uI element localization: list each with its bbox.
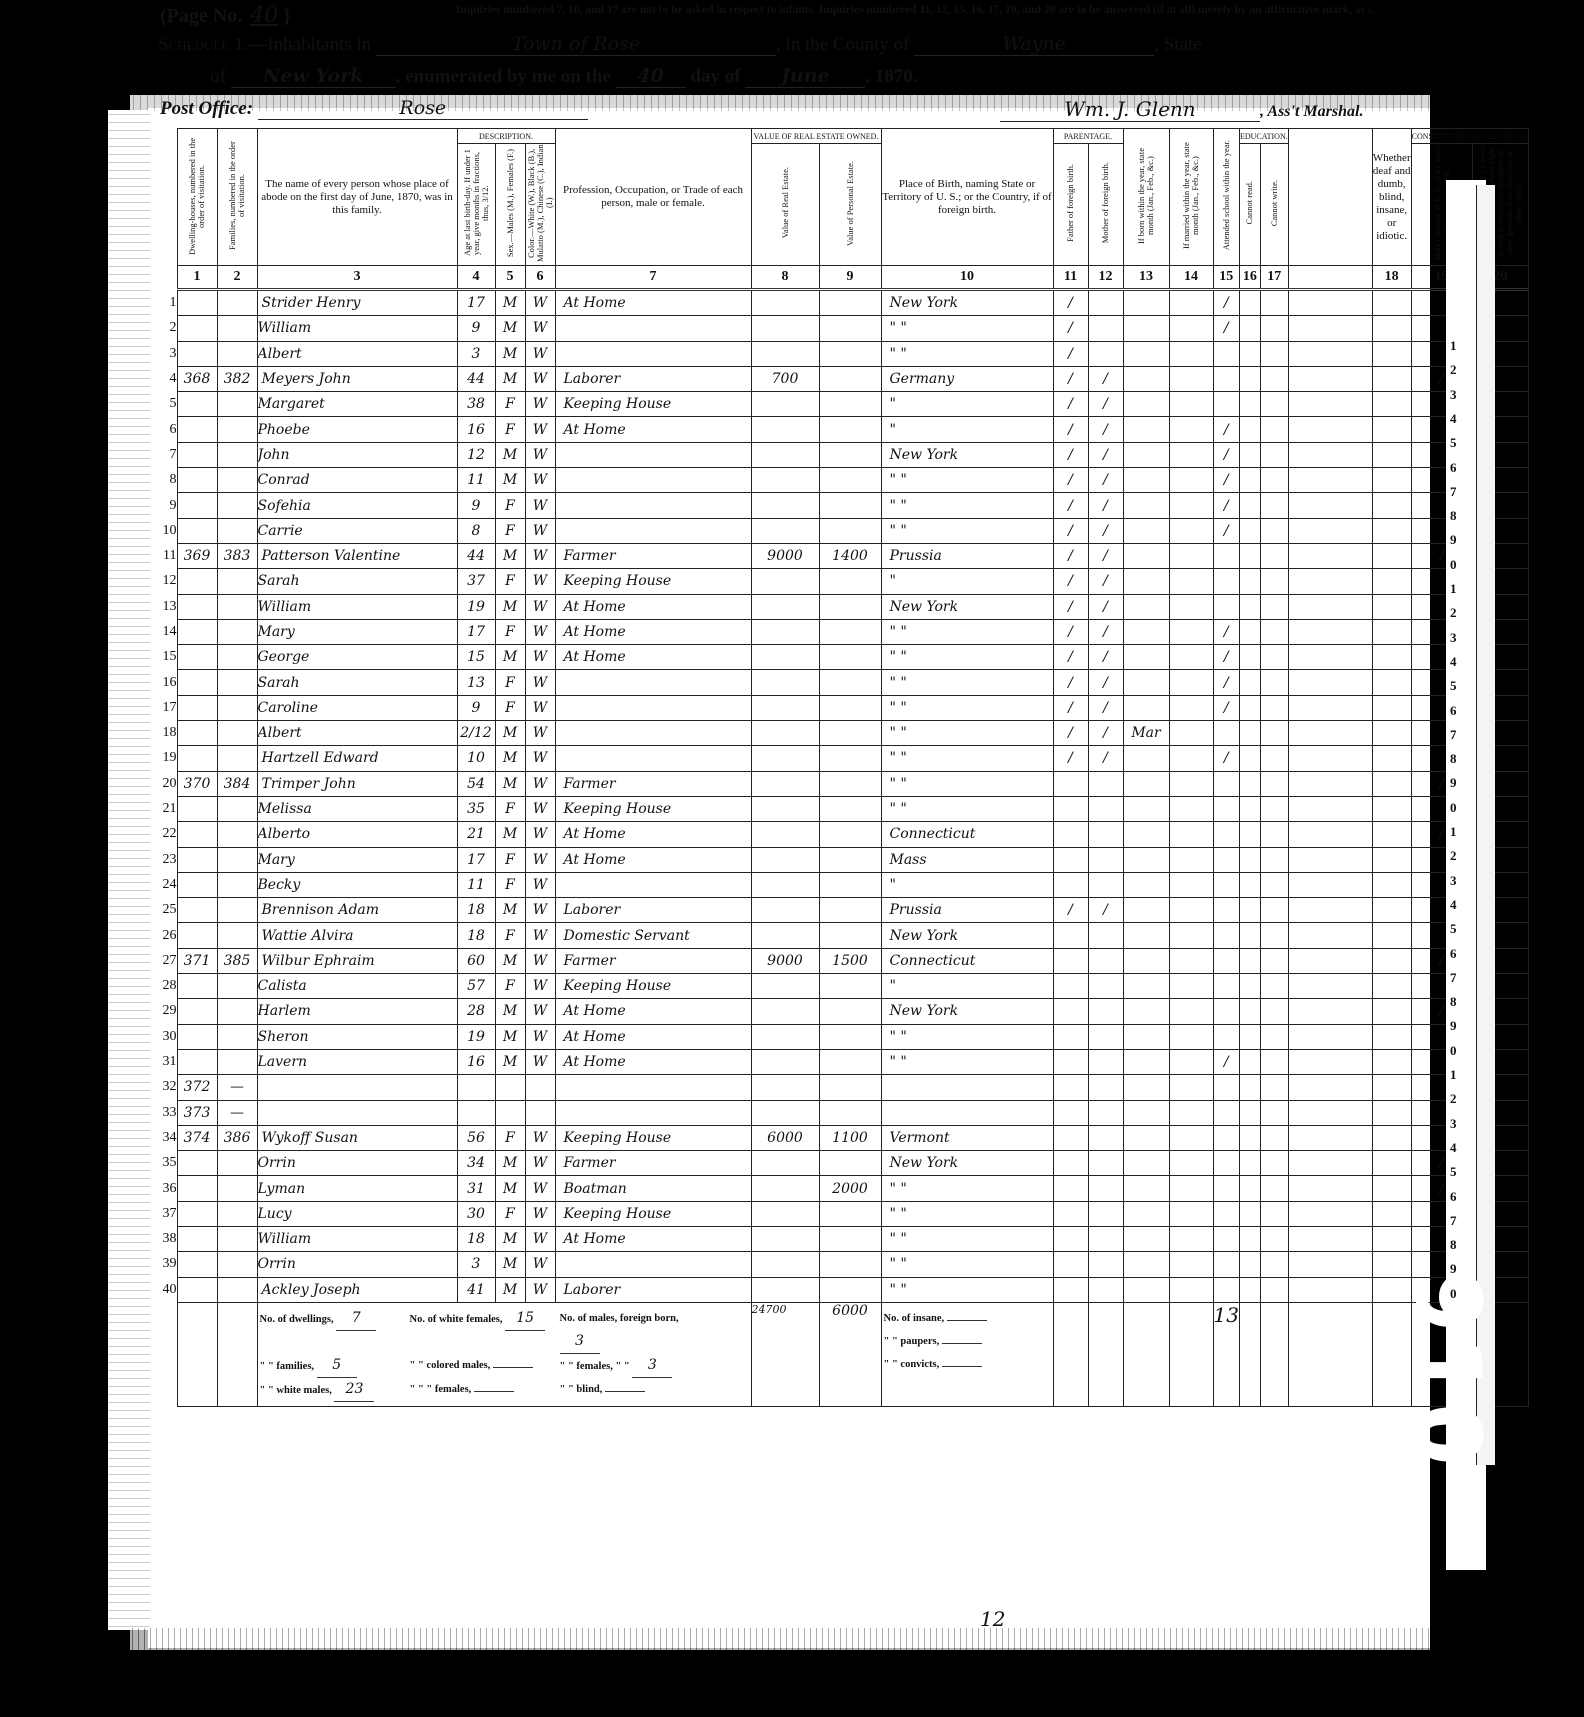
sex: F xyxy=(495,923,525,948)
personal-estate-value xyxy=(819,670,881,695)
next-page-line-number: 4 xyxy=(1450,897,1457,913)
person-name: Sheron xyxy=(257,1024,457,1049)
birthplace: " " xyxy=(881,1201,1053,1226)
color: W xyxy=(525,290,555,316)
father-foreign-mark xyxy=(1053,999,1088,1024)
cannot-write-mark xyxy=(1260,695,1288,720)
census-rows: 1Strider Henry17MWAt HomeNew York//2Will… xyxy=(155,290,1529,1303)
disability xyxy=(1372,341,1411,366)
person-name: Wattie Alvira xyxy=(257,923,457,948)
father-foreign-mark xyxy=(1053,1176,1088,1201)
col-header-mother-foreign: Mother of foreign birth. xyxy=(1088,144,1123,266)
cannot-read-mark xyxy=(1239,1226,1260,1251)
line-number: 26 xyxy=(155,923,177,948)
cannot-read-mark xyxy=(1239,417,1260,442)
col-header-cannot-write: Cannot write. xyxy=(1260,144,1288,266)
age: 54 xyxy=(457,771,495,796)
color: W xyxy=(525,645,555,670)
age: 34 xyxy=(457,1151,495,1176)
person-name: Margaret xyxy=(257,392,457,417)
next-page-line-number: 0 xyxy=(1450,1043,1457,1059)
cannot-write-mark xyxy=(1260,316,1288,341)
mother-foreign-mark xyxy=(1088,1176,1123,1201)
father-foreign-mark xyxy=(1053,771,1088,796)
table-row: 33373— xyxy=(155,1100,1529,1125)
cannot-read-mark xyxy=(1239,468,1260,493)
table-row: 21Melissa35FWKeeping House" " xyxy=(155,796,1529,821)
father-foreign-mark: / xyxy=(1053,569,1088,594)
school-mark: / xyxy=(1213,695,1239,720)
person-name: Brennison Adam xyxy=(257,898,457,923)
line-number: 7 xyxy=(155,442,177,467)
sex: F xyxy=(495,1125,525,1150)
next-page-line-number: 8 xyxy=(1450,508,1457,524)
cannot-read-mark xyxy=(1239,1125,1260,1150)
birthplace: " xyxy=(881,417,1053,442)
person-name: Trimper John xyxy=(257,771,457,796)
father-foreign-mark xyxy=(1053,847,1088,872)
enumerated-label: , enumerated by me on the xyxy=(396,66,611,87)
dwelling-number xyxy=(177,1201,217,1226)
occupation: At Home xyxy=(555,822,751,847)
table-row: 39Orrin3MW" " xyxy=(155,1252,1529,1277)
table-row: 17Caroline9FW" "/// xyxy=(155,695,1529,720)
school-mark xyxy=(1213,923,1239,948)
sex: M xyxy=(495,1252,525,1277)
family-number xyxy=(217,645,257,670)
next-page-line-number: 2 xyxy=(1450,362,1457,378)
cannot-read-mark xyxy=(1239,1151,1260,1176)
mother-foreign-mark xyxy=(1088,1049,1123,1074)
person-name: William xyxy=(257,316,457,341)
line-number: 19 xyxy=(155,746,177,771)
dwelling-number xyxy=(177,468,217,493)
married-month xyxy=(1169,1277,1213,1302)
family-number xyxy=(217,999,257,1024)
birthplace: " " xyxy=(881,316,1053,341)
married-month xyxy=(1169,1024,1213,1049)
birthplace: New York xyxy=(881,594,1053,619)
occupation: Laborer xyxy=(555,1277,751,1302)
age: 3 xyxy=(457,341,495,366)
cannot-write-mark xyxy=(1260,366,1288,391)
cannot-write-mark xyxy=(1260,771,1288,796)
line-number: 5 xyxy=(155,392,177,417)
person-name xyxy=(257,1075,457,1100)
cannot-read-mark xyxy=(1239,1075,1260,1100)
sex: F xyxy=(495,1201,525,1226)
real-estate-value xyxy=(751,594,819,619)
table-row: 7John12MWNew York/// xyxy=(155,442,1529,467)
family-number xyxy=(217,695,257,720)
sex: F xyxy=(495,872,525,897)
family-number xyxy=(217,493,257,518)
born-month xyxy=(1123,518,1169,543)
person-name: Sofehia xyxy=(257,493,457,518)
family-number xyxy=(217,518,257,543)
color: W xyxy=(525,468,555,493)
born-month xyxy=(1123,619,1169,644)
mother-foreign-mark xyxy=(1088,822,1123,847)
next-page-line-number: 4 xyxy=(1450,411,1457,427)
family-number xyxy=(217,898,257,923)
married-month xyxy=(1169,923,1213,948)
family-number: — xyxy=(217,1075,257,1100)
father-foreign-mark: / xyxy=(1053,543,1088,568)
mother-foreign-mark xyxy=(1088,1151,1123,1176)
mother-foreign-mark: / xyxy=(1088,594,1123,619)
disability xyxy=(1372,518,1411,543)
family-number xyxy=(217,417,257,442)
personal-estate-value xyxy=(819,822,881,847)
married-month xyxy=(1169,619,1213,644)
cannot-read-mark xyxy=(1239,1024,1260,1049)
birthplace: " xyxy=(881,392,1053,417)
person-name: Phoebe xyxy=(257,417,457,442)
age: 31 xyxy=(457,1176,495,1201)
state-field: New York xyxy=(231,65,396,88)
next-page-line-number: 1 xyxy=(1450,581,1457,597)
born-month xyxy=(1123,771,1169,796)
dwelling-number xyxy=(177,695,217,720)
mother-foreign-mark xyxy=(1088,948,1123,973)
scan-edge-left xyxy=(108,110,150,1630)
disability xyxy=(1372,847,1411,872)
color: W xyxy=(525,721,555,746)
post-office-line: Post Office: Rose xyxy=(160,97,588,120)
table-row: 37Lucy30FWKeeping House" " xyxy=(155,1201,1529,1226)
sex: M xyxy=(495,721,525,746)
person-name: William xyxy=(257,1226,457,1251)
next-page-line-number: 6 xyxy=(1450,1189,1457,1205)
real-estate-value xyxy=(751,670,819,695)
post-office-field: Rose xyxy=(258,97,588,120)
cannot-write-mark xyxy=(1260,1226,1288,1251)
father-foreign-mark xyxy=(1053,1049,1088,1074)
sex: M xyxy=(495,290,525,316)
age: 12 xyxy=(457,442,495,467)
married-month xyxy=(1169,1075,1213,1100)
mother-foreign-mark xyxy=(1088,1075,1123,1100)
col-header-school: Attended school within the year. xyxy=(1213,129,1239,266)
family-number xyxy=(217,822,257,847)
father-foreign-mark: / xyxy=(1053,493,1088,518)
color: W xyxy=(525,366,555,391)
birthplace: Mass xyxy=(881,847,1053,872)
real-estate-total: 24700 xyxy=(751,1302,819,1406)
age: 3 xyxy=(457,1252,495,1277)
sex: F xyxy=(495,847,525,872)
family-number xyxy=(217,316,257,341)
birthplace: " " xyxy=(881,1226,1053,1251)
color: W xyxy=(525,999,555,1024)
table-row: 2William9MW" "// xyxy=(155,316,1529,341)
mother-foreign-mark: / xyxy=(1088,746,1123,771)
birthplace: New York xyxy=(881,290,1053,316)
real-estate-value xyxy=(751,1151,819,1176)
line-number: 17 xyxy=(155,695,177,720)
disability xyxy=(1372,872,1411,897)
disability xyxy=(1372,695,1411,720)
table-row: 32372— xyxy=(155,1075,1529,1100)
line-number: 14 xyxy=(155,619,177,644)
personal-estate-value xyxy=(819,493,881,518)
mother-foreign-mark: / xyxy=(1088,695,1123,720)
family-number xyxy=(217,468,257,493)
personal-estate-value xyxy=(819,695,881,720)
born-month xyxy=(1123,366,1169,391)
family-number xyxy=(217,619,257,644)
personal-estate-value xyxy=(819,746,881,771)
group-constitutional: CONSTITUTIONAL RELATIONS. xyxy=(1411,129,1529,144)
personal-estate-value xyxy=(819,1226,881,1251)
married-month xyxy=(1169,594,1213,619)
cannot-write-mark xyxy=(1260,341,1288,366)
age: 11 xyxy=(457,872,495,897)
born-month xyxy=(1123,645,1169,670)
disability xyxy=(1372,1201,1411,1226)
school-mark xyxy=(1213,392,1239,417)
real-estate-value xyxy=(751,1024,819,1049)
occupation: Domestic Servant xyxy=(555,923,751,948)
born-month xyxy=(1123,695,1169,720)
dwelling-number xyxy=(177,746,217,771)
father-foreign-mark xyxy=(1053,1125,1088,1150)
occupation: Laborer xyxy=(555,898,751,923)
cannot-read-mark xyxy=(1239,366,1260,391)
cannot-write-mark xyxy=(1260,721,1288,746)
cannot-read-mark xyxy=(1239,822,1260,847)
birthplace: " " xyxy=(881,1049,1053,1074)
next-page-line-number: 7 xyxy=(1450,727,1457,743)
year-label: , 1870. xyxy=(865,66,917,87)
personal-estate-value xyxy=(819,1201,881,1226)
mother-foreign-mark: / xyxy=(1088,645,1123,670)
group-value: VALUE OF REAL ESTATE OWNED. xyxy=(751,129,881,144)
color: W xyxy=(525,1201,555,1226)
dwelling-number xyxy=(177,442,217,467)
personal-estate-value xyxy=(819,1151,881,1176)
family-number: 385 xyxy=(217,948,257,973)
next-page-line-number: 0 xyxy=(1450,1286,1457,1302)
born-month xyxy=(1123,442,1169,467)
age: 9 xyxy=(457,316,495,341)
real-estate-value xyxy=(751,1176,819,1201)
disability xyxy=(1372,619,1411,644)
school-mark: / xyxy=(1213,468,1239,493)
school-mark: / xyxy=(1213,619,1239,644)
age: 9 xyxy=(457,695,495,720)
father-foreign-mark: / xyxy=(1053,341,1088,366)
personal-estate-value xyxy=(819,366,881,391)
sex: M xyxy=(495,316,525,341)
next-page-line-number: 5 xyxy=(1450,921,1457,937)
school-mark: / xyxy=(1213,290,1239,316)
cannot-write-mark xyxy=(1260,442,1288,467)
born-month xyxy=(1123,1151,1169,1176)
real-estate-value xyxy=(751,721,819,746)
foreign-males-count: 3 xyxy=(560,1330,600,1354)
color: W xyxy=(525,872,555,897)
white-males-count: 23 xyxy=(334,1378,374,1402)
next-page-line-number: 4 xyxy=(1450,1140,1457,1156)
dwelling-number: 374 xyxy=(177,1125,217,1150)
day-field: 40 xyxy=(616,65,686,88)
married-month xyxy=(1169,1176,1213,1201)
born-month xyxy=(1123,1226,1169,1251)
occupation: At Home xyxy=(555,619,751,644)
family-number xyxy=(217,1201,257,1226)
school-mark xyxy=(1213,1125,1239,1150)
father-foreign-mark: / xyxy=(1053,316,1088,341)
mother-foreign-mark xyxy=(1088,1125,1123,1150)
color: W xyxy=(525,670,555,695)
born-month xyxy=(1123,670,1169,695)
family-number xyxy=(217,594,257,619)
line-number: 31 xyxy=(155,1049,177,1074)
personal-estate-value: 1100 xyxy=(819,1125,881,1150)
line-number: 2 xyxy=(155,316,177,341)
color: W xyxy=(525,822,555,847)
personal-estate-value xyxy=(819,1277,881,1302)
family-number xyxy=(217,746,257,771)
age: 37 xyxy=(457,569,495,594)
line-number: 18 xyxy=(155,721,177,746)
birthplace: " " xyxy=(881,796,1053,821)
cannot-write-mark xyxy=(1260,468,1288,493)
family-number xyxy=(217,1226,257,1251)
sex: M xyxy=(495,468,525,493)
school-mark xyxy=(1213,1176,1239,1201)
sex: M xyxy=(495,898,525,923)
table-row: 40Ackley Joseph41MWLaborer" "/ xyxy=(155,1277,1529,1302)
sex: M xyxy=(495,1024,525,1049)
mother-foreign-mark: / xyxy=(1088,493,1123,518)
next-page-line-number: 2 xyxy=(1450,605,1457,621)
occupation xyxy=(555,1100,751,1125)
next-page-line-number: 7 xyxy=(1450,1213,1457,1229)
dwelling-number xyxy=(177,1024,217,1049)
cannot-read-mark xyxy=(1239,872,1260,897)
cannot-write-mark xyxy=(1260,1075,1288,1100)
disability xyxy=(1372,645,1411,670)
color: W xyxy=(525,392,555,417)
occupation: At Home xyxy=(555,1226,751,1251)
line-number: 13 xyxy=(155,594,177,619)
sex: F xyxy=(495,974,525,999)
mother-foreign-mark: / xyxy=(1088,898,1123,923)
next-page-line-number: 6 xyxy=(1450,460,1457,476)
line-number: 22 xyxy=(155,822,177,847)
dwelling-number xyxy=(177,796,217,821)
personal-estate-value xyxy=(819,872,881,897)
real-estate-value xyxy=(751,1049,819,1074)
person-name: Albert xyxy=(257,721,457,746)
cannot-write-mark xyxy=(1260,1049,1288,1074)
inhabitants-label: —Inhabitants in xyxy=(248,34,371,55)
age: 30 xyxy=(457,1201,495,1226)
cannot-read-mark xyxy=(1239,442,1260,467)
cannot-write-mark xyxy=(1260,569,1288,594)
school-mark: / xyxy=(1213,670,1239,695)
birthplace: New York xyxy=(881,442,1053,467)
cannot-write-mark xyxy=(1260,847,1288,872)
color: W xyxy=(525,1125,555,1150)
sex: F xyxy=(495,796,525,821)
cannot-read-mark xyxy=(1239,948,1260,973)
line-number: 30 xyxy=(155,1024,177,1049)
cannot-write-mark xyxy=(1260,518,1288,543)
color: W xyxy=(525,948,555,973)
real-estate-value xyxy=(751,341,819,366)
cannot-read-mark xyxy=(1239,1100,1260,1125)
married-month xyxy=(1169,695,1213,720)
cannot-read-mark xyxy=(1239,923,1260,948)
school-mark: / xyxy=(1213,645,1239,670)
dwelling-number xyxy=(177,923,217,948)
real-estate-value xyxy=(751,746,819,771)
personal-estate-value xyxy=(819,1100,881,1125)
table-row: 10Carrie8FW" "/// xyxy=(155,518,1529,543)
col-header-sex: Sex.—Males (M.), Females (F.) xyxy=(495,144,525,266)
dwelling-number xyxy=(177,822,217,847)
summary-counts: No. of dwellings, 7 No. of white females… xyxy=(257,1302,751,1406)
table-row: 4368382Meyers John44MWLaborer700Germany/… xyxy=(155,366,1529,391)
father-foreign-mark: / xyxy=(1053,594,1088,619)
color: W xyxy=(525,442,555,467)
school-mark xyxy=(1213,569,1239,594)
family-number xyxy=(217,1277,257,1302)
next-page-line-number: 8 xyxy=(1450,994,1457,1010)
disability xyxy=(1372,1024,1411,1049)
person-name: Caroline xyxy=(257,695,457,720)
father-foreign-mark xyxy=(1053,974,1088,999)
dwelling-number xyxy=(177,999,217,1024)
cannot-read-mark xyxy=(1239,1049,1260,1074)
table-row: 13William19MWAt HomeNew York// xyxy=(155,594,1529,619)
born-month xyxy=(1123,290,1169,316)
mother-foreign-mark xyxy=(1088,316,1123,341)
person-name: Harlem xyxy=(257,999,457,1024)
color: W xyxy=(525,1226,555,1251)
age: 18 xyxy=(457,898,495,923)
census-table: Dwelling-houses, numbered in the order o… xyxy=(155,128,1529,1407)
real-estate-value: 9000 xyxy=(751,543,819,568)
personal-estate-value xyxy=(819,796,881,821)
dwelling-number xyxy=(177,645,217,670)
dwelling-number: 372 xyxy=(177,1075,217,1100)
cannot-read-mark xyxy=(1239,1176,1260,1201)
mother-foreign-mark xyxy=(1088,872,1123,897)
age: 19 xyxy=(457,1024,495,1049)
sex: M xyxy=(495,771,525,796)
mother-foreign-mark: / xyxy=(1088,670,1123,695)
birthplace: " xyxy=(881,569,1053,594)
disability xyxy=(1372,1049,1411,1074)
age: 10 xyxy=(457,746,495,771)
sex: M xyxy=(495,1277,525,1302)
birthplace: New York xyxy=(881,923,1053,948)
mother-foreign-mark xyxy=(1088,796,1123,821)
families-count: 5 xyxy=(317,1354,357,1378)
birthplace: New York xyxy=(881,999,1053,1024)
birthplace: Connecticut xyxy=(881,822,1053,847)
person-name: Hartzell Edward xyxy=(257,746,457,771)
mother-foreign-mark: / xyxy=(1088,366,1123,391)
disability xyxy=(1372,822,1411,847)
sex: M xyxy=(495,645,525,670)
next-page-line-number: 1 xyxy=(1450,1067,1457,1083)
